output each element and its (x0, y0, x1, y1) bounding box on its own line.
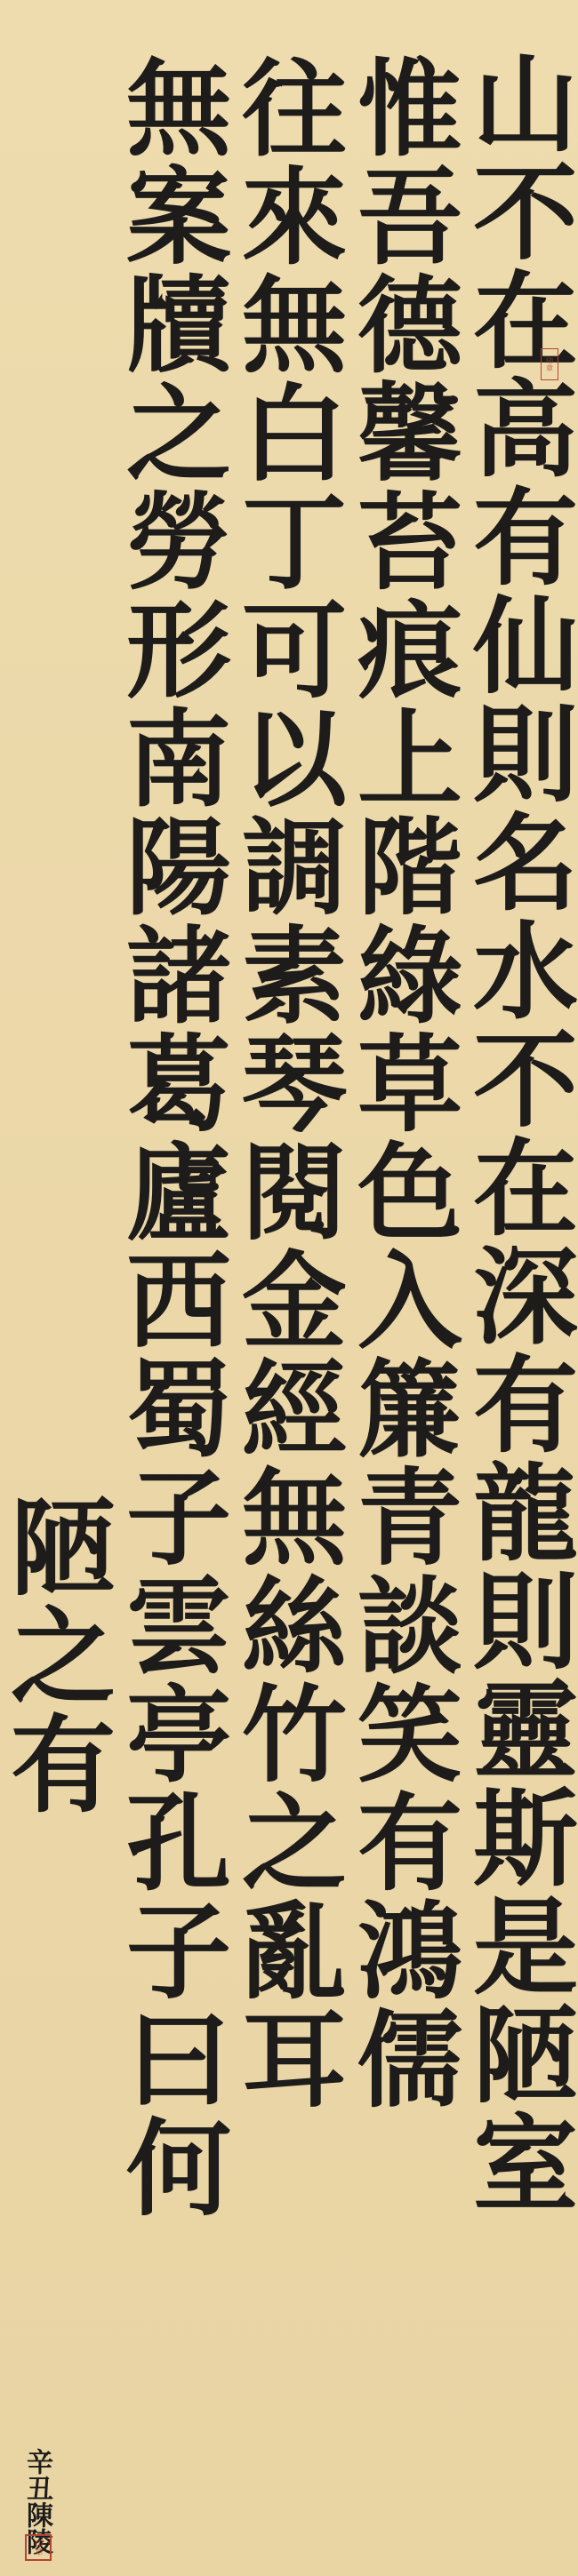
calligraphy-scroll: 山不在高有仙則名水不在深有龍則靈斯是陋室 惟吾德馨苔痕上階綠草色入簾青談笑有鴻儒… (0, 0, 578, 2576)
artist-seal-icon: 印章 (25, 2534, 52, 2561)
text-column-4: 無案牘之勞形南陽諸葛廬西蜀子雲亭孔子曰何 (117, 53, 222, 2221)
signature-date: 辛丑 (21, 2448, 52, 2501)
text-column-2: 惟吾德馨苔痕上階綠草色入簾青談笑有鴻儒 (349, 53, 454, 2113)
text-column-5: 陋之有 (2, 1493, 107, 1818)
text-column-3: 往來無白丁可以調素琴閱金經無絲竹之亂耳 (233, 53, 338, 2113)
seal-stamp-icon: 印章 (541, 348, 558, 380)
